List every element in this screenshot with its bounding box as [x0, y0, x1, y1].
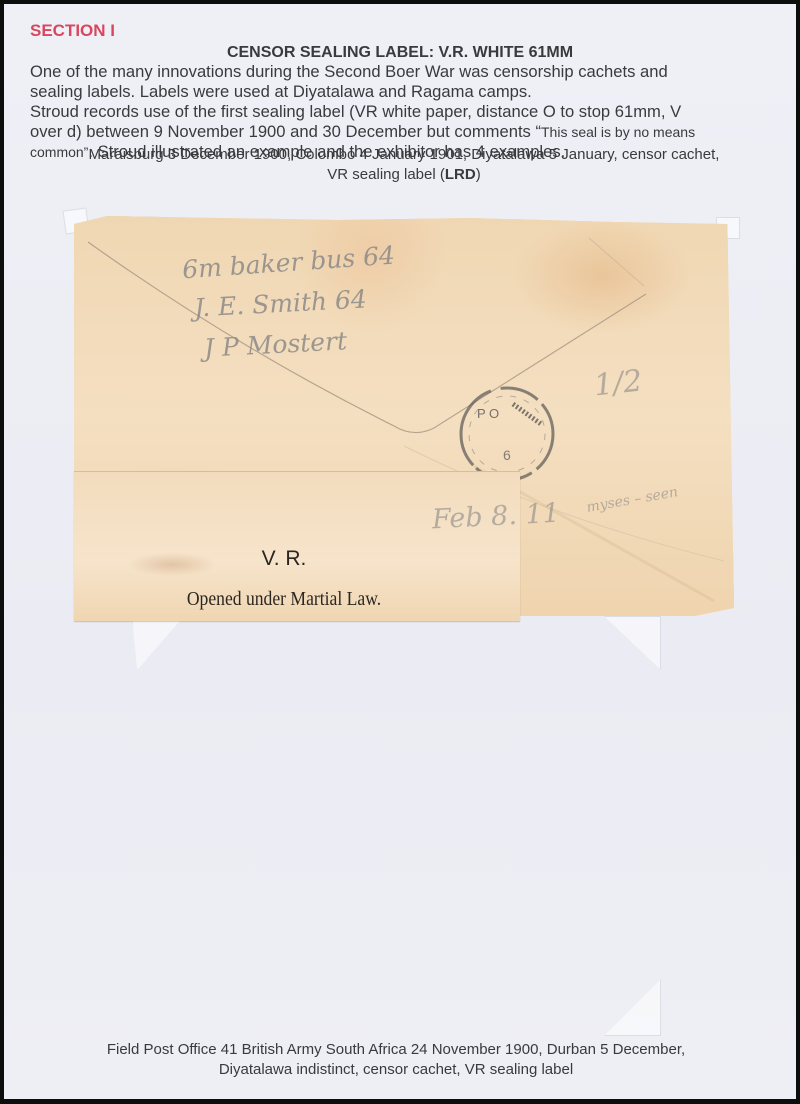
album-page: SECTION I CENSOR SEALING LABEL: V.R. WHI… — [4, 4, 796, 1099]
mount-corner — [604, 616, 661, 670]
caption-line: Field Post Office 41 British Army South … — [4, 1040, 788, 1060]
section-label: SECTION I — [30, 21, 115, 41]
lrd-badge: LRD — [445, 166, 476, 183]
mount-corner — [132, 616, 184, 670]
caption-text: VR sealing label ( — [327, 166, 445, 183]
description-line: One of the many innovations during the S… — [30, 62, 770, 82]
label-heading: V. R. — [74, 547, 494, 571]
description-line: Stroud records use of the first sealing … — [30, 102, 770, 122]
page-title: CENSOR SEALING LABEL: V.R. WHITE 61MM — [4, 44, 796, 62]
stroud-quote: This seal is by no means — [541, 124, 695, 140]
label-text: Opened under Martial Law. — [99, 588, 469, 611]
sealing-label: V. R. Opened under Martial Law. — [74, 471, 520, 621]
cover1-caption: Maraisburg 3 December 1900, Colombo 4 Ja… — [4, 145, 800, 185]
description-text: over d) between 9 November 1900 and 30 D… — [30, 122, 541, 141]
caption-line: Diyatalawa indistinct, censor cachet, VR… — [4, 1060, 788, 1080]
description-line: over d) between 9 November 1900 and 30 D… — [30, 122, 770, 142]
caption-text: ) — [476, 166, 481, 183]
mount-corner — [604, 979, 661, 1036]
svg-text:6: 6 — [503, 447, 511, 463]
caption-line: Maraisburg 3 December 1900, Colombo 4 Ja… — [4, 145, 800, 165]
pencil-note: 1/2 — [592, 364, 644, 404]
cover2-caption: Field Post Office 41 British Army South … — [4, 1040, 788, 1080]
svg-text:P O: P O — [477, 406, 499, 421]
description-line: sealing labels. Labels were used at Diya… — [30, 82, 770, 102]
caption-line: VR sealing label (LRD) — [4, 165, 800, 185]
